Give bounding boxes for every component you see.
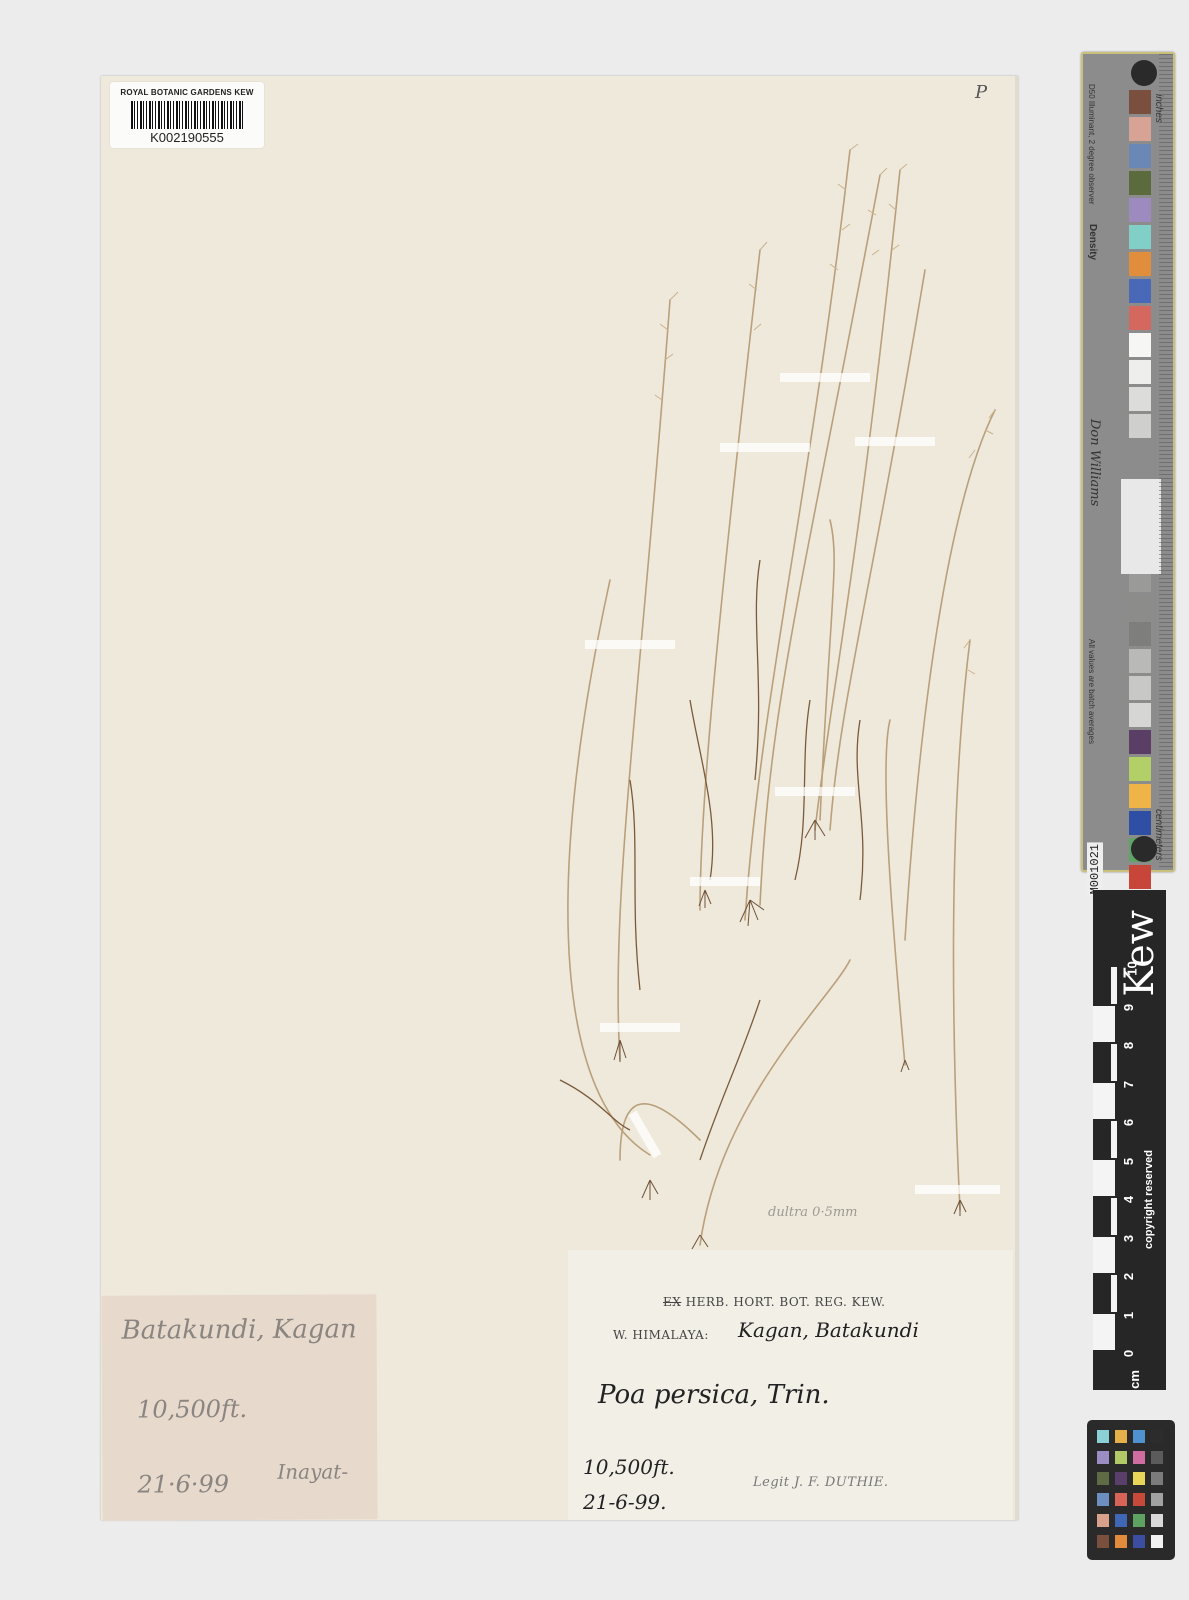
colour-swatch [1129,279,1151,303]
mounting-strip [585,640,675,649]
mounting-strip [855,437,935,446]
ruler-ticks [1159,54,1173,870]
colour-swatch [1129,225,1151,249]
scale-number: 7 [1121,1080,1136,1087]
illuminant-note: D50 Illuminant, 2 degree observer [1087,84,1096,205]
scale-number: 4 [1121,1196,1136,1203]
mounting-strip [915,1185,1000,1194]
label-collector: Legit J. F. DUTHIE. [753,1475,889,1490]
field-slip-altitude: 10,500ft. [137,1395,247,1424]
herbarium-label: EX HERB. HORT. BOT. REG. KEW. W. HIMALAY… [568,1250,1013,1520]
scale-number: 0 [1121,1350,1136,1357]
mounting-strip [690,877,760,886]
scale-number: 5 [1121,1157,1136,1164]
checker-patch [1097,1514,1109,1527]
checker-patch [1133,1493,1145,1506]
checker-patch [1115,1451,1127,1464]
colour-swatch [1129,171,1151,195]
kew-scale-bar: Kew copyright reserved 012345678910cm [1093,890,1166,1390]
checker-patch [1151,1535,1163,1548]
checker-patch [1151,1493,1163,1506]
colour-swatch [1129,595,1151,619]
batch-note: All values are batch averages [1087,639,1096,744]
checker-patch [1133,1514,1145,1527]
institution-name: ROYAL BOTANIC GARDENS KEW [110,88,264,97]
checker-patch [1097,1430,1109,1443]
scale-number: 10 [1125,961,1140,975]
colour-checker [1087,1420,1175,1560]
field-slip-date: 21·6·99 [137,1470,229,1498]
field-slip-locality: Batakundi, Kagan [122,1314,357,1345]
mounting-strip [720,443,810,452]
checker-patch [1133,1472,1145,1485]
colour-swatch [1129,865,1151,889]
field-slip: Batakundi, Kagan 10,500ft. 21·6·99 Inaya… [101,1294,377,1520]
colour-swatch [1129,676,1151,700]
kew-logo: Kew [1117,910,1163,997]
colour-swatch [1129,117,1151,141]
corner-mark: P [975,82,987,103]
colour-swatch [1129,414,1151,438]
scale-number: 3 [1121,1234,1136,1241]
checker-patch [1151,1514,1163,1527]
label-taxon: Poa persica, Trin. [598,1380,830,1410]
scale-segment [1093,1160,1115,1197]
checker-patch [1133,1451,1145,1464]
registration-dot [1131,836,1157,862]
checker-patch [1115,1514,1127,1527]
scale-segment [1093,1006,1115,1043]
checker-patch [1097,1493,1109,1506]
checker-patch [1097,1451,1109,1464]
colour-swatch [1129,144,1151,168]
field-slip-collector: Inayat- [277,1459,348,1483]
colour-swatch [1129,306,1151,330]
scale-segment [1111,1275,1117,1312]
checker-patch [1151,1472,1163,1485]
mounting-strip [780,373,870,382]
scale-segment [1093,1083,1115,1120]
checker-patch [1115,1493,1127,1506]
checker-patch [1151,1451,1163,1464]
scale-unit: cm [1127,1370,1142,1389]
label-institution: HERB. HORT. BOT. REG. KEW. [686,1295,886,1309]
label-date: 21-6-99. [583,1490,667,1514]
colour-swatch [1129,811,1151,835]
checker-patch [1151,1430,1163,1443]
scale-segment [1111,1121,1117,1158]
checker-patch [1097,1535,1109,1548]
struck-prefix: EX [663,1295,681,1309]
determination-annotation: dultra 0·5mm [768,1205,858,1220]
colour-swatch [1129,622,1151,646]
scale-number: 1 [1121,1311,1136,1318]
label-header: EX HERB. HORT. BOT. REG. KEW. [663,1295,885,1309]
barcode-number: K002190555 [110,130,264,145]
colour-swatch [1129,90,1151,114]
colour-swatch [1129,198,1151,222]
mounting-strip [600,1023,680,1032]
brand-name: Don Williams [1087,419,1102,506]
colour-bar: inches D50 Illuminant, 2 degree observer… [1081,52,1175,872]
colour-swatch [1129,333,1151,357]
scale-number: 2 [1121,1273,1136,1280]
colour-swatch [1129,649,1151,673]
checker-patch [1133,1535,1145,1548]
scale-segment [1111,967,1117,1004]
barcode-icon [131,101,243,129]
scale-segment [1111,1198,1117,1235]
colour-swatch [1129,252,1151,276]
checker-patch [1133,1430,1145,1443]
label-altitude: 10,500ft. [583,1455,675,1479]
scale-segment [1111,1044,1117,1081]
scale-number: 6 [1121,1119,1136,1126]
colour-swatch [1129,387,1151,411]
scale-segment [1093,1237,1115,1274]
label-locality: Kagan, Batakundi [738,1318,919,1342]
colour-swatch [1129,784,1151,808]
density-label: Density [1087,224,1098,260]
scale-number: 9 [1121,1003,1136,1010]
colour-swatch [1129,703,1151,727]
checker-patch [1115,1472,1127,1485]
colour-swatch [1129,757,1151,781]
checker-patch [1097,1472,1109,1485]
label-locality-prefix: W. HIMALAYA: [613,1328,709,1342]
accession-number: M001021 [1087,842,1103,896]
copyright-notice: copyright reserved [1143,1150,1155,1249]
scale-number: 8 [1121,1042,1136,1049]
checker-patch [1115,1430,1127,1443]
colour-swatch [1129,730,1151,754]
registration-dot [1131,60,1157,86]
resolution-target [1121,479,1161,574]
colour-swatch [1129,360,1151,384]
barcode-label: ROYAL BOTANIC GARDENS KEW K002190555 [110,82,264,148]
mounting-strip [775,787,855,796]
checker-patch [1115,1535,1127,1548]
scale-segment [1093,1314,1115,1351]
